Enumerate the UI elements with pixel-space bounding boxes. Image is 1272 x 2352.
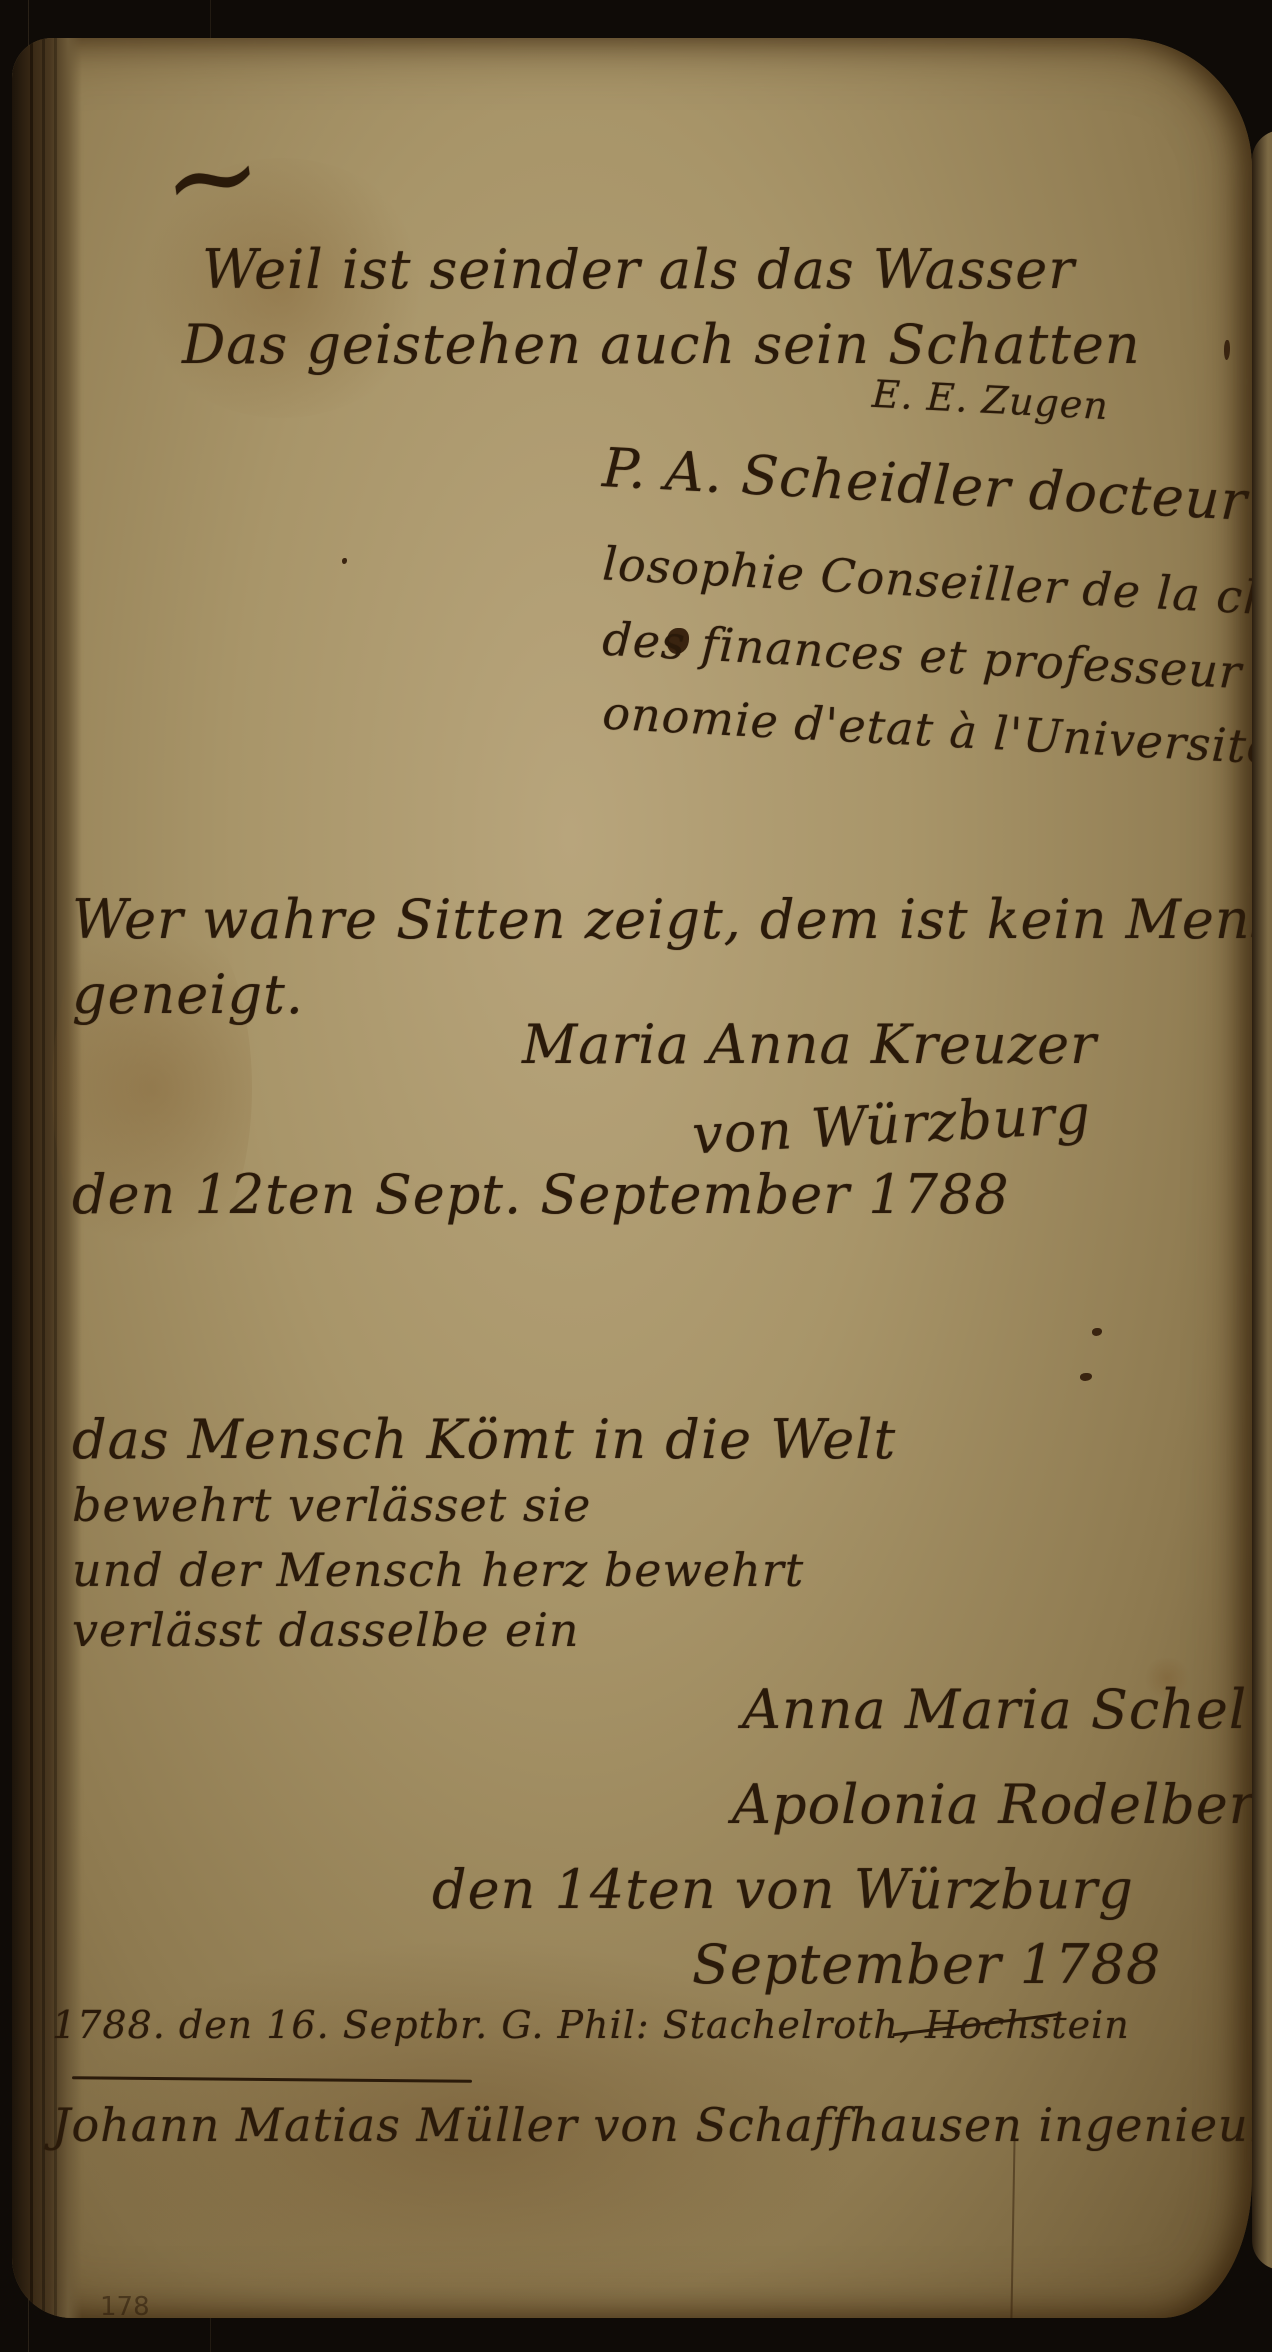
entry-4-place: den 14ten von Würzburg [432, 1858, 1134, 1921]
entry-1-line-1: Weil ist seinder als das Wasser [202, 238, 1075, 301]
entry-2-line-1: P. A. Scheidler docteur en phi [601, 436, 1252, 543]
paper-crease [1010, 2138, 1015, 2318]
entry-3-line-2: geneigt. [72, 963, 304, 1026]
ink-blot [1080, 1373, 1092, 1381]
ink-blot [1224, 340, 1230, 360]
entry-3-signature: Maria Anna Kreuzer [522, 1013, 1097, 1076]
ink-blot [1092, 1328, 1102, 1336]
entry-4-line-4: verlässt dasselbe ein [72, 1603, 580, 1657]
entry-3-date: den 12ten Sept. September 1788 [72, 1163, 1010, 1226]
entry-3-place: von Würzburg [691, 1083, 1093, 1167]
entry-6-line: Johann Matias Müller von Schaffhausen in… [52, 2098, 1252, 2152]
entry-4-line-2: bewehrt verlässet sie [72, 1478, 591, 1532]
initial-flourish: ~ [154, 112, 271, 245]
entry-3-line-1: Wer wahre Sitten zeigt, dem ist kein Men… [72, 888, 1252, 951]
entry-4-signature-1: Anna Maria Schel [742, 1678, 1247, 1741]
entry-1-signature: E. E. Zugen [871, 372, 1110, 428]
entry-4-line-3: und der Mensch herz bewehrt [72, 1543, 804, 1597]
ink-blot [342, 558, 347, 564]
album-page: ~ Weil ist seinder als das Wasser Das ge… [12, 38, 1252, 2318]
entry-4-signature-2: Apolonia Rodelberger [732, 1773, 1252, 1836]
entry-4-line-1: das Mensch Kömt in die Welt [72, 1408, 896, 1471]
page-number: 178 [100, 2292, 150, 2318]
next-page-edge [1252, 130, 1272, 2270]
entry-4-date: September 1788 [692, 1933, 1161, 1996]
entry-2-line-4: onomie d'etat à l'Université de Bon [601, 686, 1252, 785]
entry-1-line-2: Das geistehen auch sein Schatten [182, 313, 1141, 376]
